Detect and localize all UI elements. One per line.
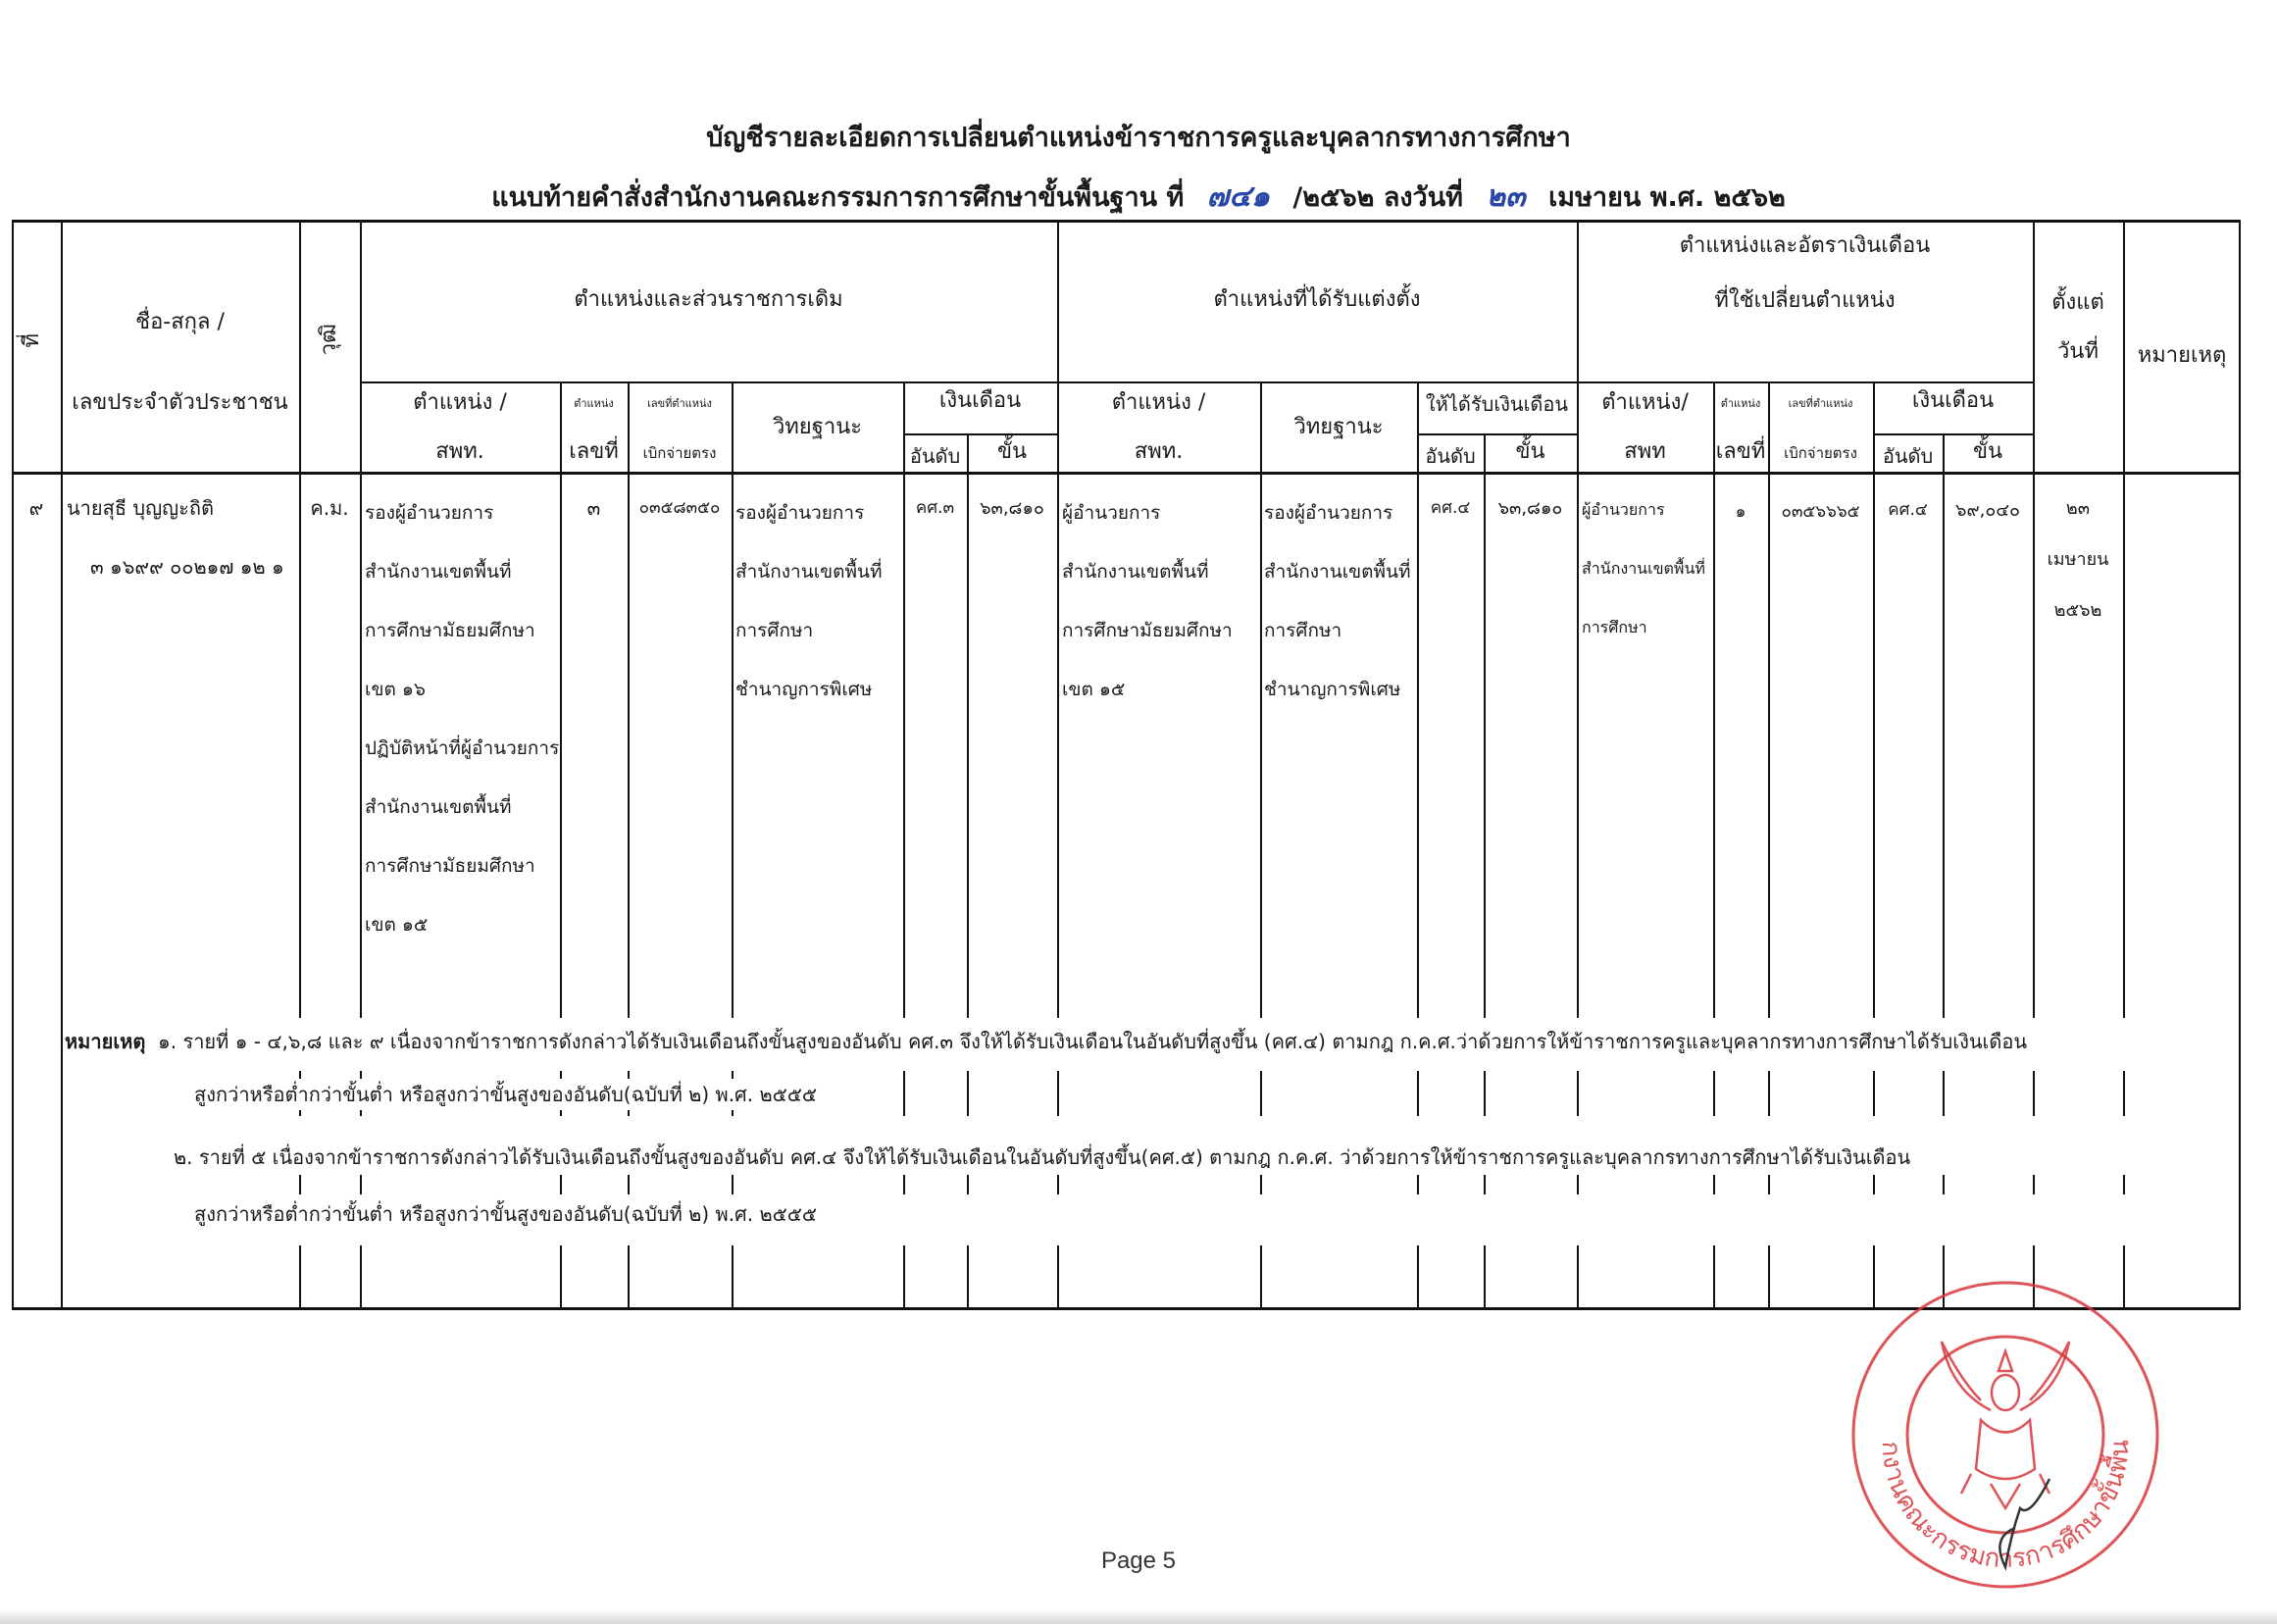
- subtitle-mid: /๒๕๖๒ ลงวันที่: [1292, 182, 1463, 213]
- sub-position-no-top: ตำแหน่ง: [560, 398, 628, 409]
- row-change-rank: คศ.๔: [1873, 502, 1943, 519]
- header-appointed-group: ตำแหน่งที่ได้รับแต่งตั้ง: [1057, 289, 1577, 311]
- row-appointed-rank: คศ.๔: [1417, 500, 1484, 517]
- grid-line: [1768, 1175, 1770, 1194]
- cell-line: ชำนาญการพิเศษ: [735, 675, 872, 704]
- grid-line: [2033, 1175, 2035, 1194]
- grid-line: [360, 381, 2033, 383]
- sub-position-line1: ตำแหน่ง /: [360, 392, 560, 414]
- note-2-text: ๒. รายที่ ๕ เนื่องจากข้าราชการดังกล่าวได…: [172, 1142, 1912, 1173]
- grid-line: [732, 472, 734, 1018]
- sub-change-position-no-bottom: เลขที่: [1713, 441, 1768, 463]
- grid-line: [1260, 1175, 1262, 1194]
- grid-line: [360, 1175, 362, 1194]
- grid-line: [1768, 1245, 1770, 1307]
- cell-line: สำนักงานเขตพื้นที่: [735, 557, 883, 586]
- grid-line: [1873, 1071, 1875, 1116]
- grid-line: [1484, 1245, 1486, 1307]
- document-title: บัญชีรายละเอียดการเปลี่ยนตำแหน่งข้าราชกา…: [0, 116, 2277, 158]
- grid-line: [967, 472, 969, 1018]
- grid-line: [299, 1175, 301, 1194]
- sub-pay-no-bottom: เบิกจ่ายตรง: [628, 446, 732, 461]
- sub-appointed-standing: วิทยฐานะ: [1260, 417, 1417, 438]
- header-name-line2: เลขประจำตัวประชาชน: [61, 392, 299, 414]
- row-name: นายสุธี บุญญะถิติ: [67, 498, 214, 518]
- cell-line: สำนักงานเขตพื้นที่: [1582, 557, 1705, 582]
- grid-line: [1943, 472, 1945, 1018]
- cell-line: ผู้อำนวยการ: [1062, 498, 1160, 528]
- grid-line: [1260, 472, 1262, 1018]
- grid-line: [628, 1245, 630, 1307]
- scan-edge-shadow: [0, 1608, 2277, 1624]
- row-degree: ค.ม.: [299, 498, 360, 518]
- sub-position-no-bottom: เลขที่: [560, 441, 628, 463]
- grid-line: [1417, 1071, 1419, 1116]
- sub-change-position-line2: สพท: [1577, 441, 1713, 463]
- grid-line: [1713, 1175, 1715, 1194]
- grid-line: [967, 1071, 969, 1116]
- grid-line: [1417, 1245, 1419, 1307]
- grid-line: [1057, 472, 1059, 1018]
- grid-line: [1873, 472, 1875, 1018]
- sub-change-pay-no-bottom: เบิกจ่ายตรง: [1768, 446, 1873, 461]
- header-change-group-line1: ตำแหน่งและอัตราเงินเดือน: [1577, 235, 2033, 257]
- grid-line: [1943, 1071, 1945, 1116]
- header-original-group: ตำแหน่งและส่วนราชการเดิม: [360, 289, 1057, 311]
- grid-line: [1713, 1245, 1715, 1307]
- grid-line: [903, 1245, 905, 1307]
- row-change-position-no: ๑: [1713, 504, 1768, 521]
- grid-line: [1057, 1071, 1059, 1116]
- row-citizen-id: ๓ ๑๖๙๙ ๐๐๒๑๗ ๑๒ ๑: [90, 557, 284, 577]
- sub-pay-no-top: เลขที่ตำแหน่ง: [628, 398, 732, 409]
- date-day-handwritten: ๒๓: [1472, 179, 1539, 214]
- cell-line: รองผู้อำนวยการ: [365, 498, 493, 528]
- grid-line: [967, 1175, 969, 1194]
- header-effective-line1: ตั้งแต่: [2033, 292, 2123, 314]
- grid-line: [628, 1175, 630, 1194]
- grid-line: [732, 1245, 734, 1307]
- sub-position-line2: สพท.: [360, 441, 560, 463]
- sub-change-rank: อันดับ: [1873, 446, 1943, 466]
- grid-line: [12, 472, 2241, 475]
- grid-line: [2033, 1071, 2035, 1116]
- header-degree: วุฒิ: [319, 324, 340, 355]
- grid-line: [903, 1071, 905, 1116]
- cell-line: เขต ๑๕: [365, 910, 428, 939]
- sub-receive-salary: ให้ได้รับเงินเดือน: [1417, 394, 1577, 414]
- grid-line: [967, 1245, 969, 1307]
- sub-step: ขั้น: [967, 441, 1057, 463]
- subtitle-suffix: เมษายน พ.ศ. ๒๕๖๒: [1548, 182, 1786, 213]
- grid-line: [1417, 472, 1419, 1018]
- grid-line: [1873, 1175, 1875, 1194]
- sub-change-pay-no-top: เลขที่ตำแหน่ง: [1768, 398, 1873, 409]
- cell-line: ผู้อำนวยการ: [1582, 498, 1665, 523]
- effective-date-line: เมษายน: [2033, 551, 2123, 569]
- header-name-line1: ชื่อ-สกุล /: [61, 312, 299, 333]
- grid-line: [61, 220, 63, 1307]
- sub-change-salary: เงินเดือน: [1873, 390, 2033, 412]
- row-change-step: ๖๙,๐๔๐: [1943, 502, 2033, 520]
- sub-appointed-position-line2: สพท.: [1057, 441, 1260, 463]
- cell-line: การศึกษามัธยมศึกษา: [365, 616, 535, 645]
- note-1-text: ๑. รายที่ ๑ - ๔,๖,๘ และ ๙ เนื่องจากข้ารา…: [158, 1030, 2027, 1053]
- header-remarks: หมายเหตุ: [2123, 345, 2241, 367]
- document-subtitle: แนบท้ายคำสั่งสำนักงานคณะกรรมการการศึกษาข…: [0, 174, 2277, 220]
- sub-change-position-no-top: ตำแหน่ง: [1713, 398, 1768, 409]
- subtitle-prefix: แนบท้ายคำสั่งสำนักงานคณะกรรมการการศึกษาข…: [491, 182, 1184, 213]
- grid-line: [1417, 433, 1577, 435]
- cell-line: สำนักงานเขตพื้นที่: [365, 557, 512, 586]
- grid-line: [903, 433, 1057, 435]
- header-no: ที่: [22, 333, 43, 348]
- grid-line: [560, 472, 562, 1018]
- sub-appointed-rank: อันดับ: [1417, 446, 1484, 466]
- grid-line: [299, 472, 301, 1018]
- grid-line: [1713, 1071, 1715, 1116]
- row-no: ๙: [12, 498, 61, 518]
- grid-line: [2123, 1175, 2125, 1194]
- notes-label: หมายเหตุ: [65, 1030, 145, 1053]
- grid-line: [1057, 1245, 1059, 1307]
- cell-line: สำนักงานเขตพื้นที่: [1264, 557, 1411, 586]
- grid-line: [2239, 220, 2241, 1310]
- sub-appointed-step: ขั้น: [1484, 441, 1577, 463]
- grid-line: [360, 472, 362, 1018]
- cell-line: รองผู้อำนวยการ: [735, 498, 864, 528]
- grid-line: [1577, 1175, 1579, 1194]
- sub-rank: อันดับ: [903, 446, 967, 466]
- row-change-pay-no: ๐๓๕๖๖๖๕: [1768, 504, 1873, 521]
- grid-line: [1873, 433, 2033, 435]
- grid-line: [1484, 1071, 1486, 1116]
- grid-line: [1768, 472, 1770, 1018]
- row-appointed-step: ๖๓,๘๑๐: [1484, 500, 1577, 518]
- row-original-pay-no: ๐๓๕๘๓๕๐: [628, 500, 732, 517]
- grid-line: [2123, 472, 2125, 1018]
- grid-line: [1260, 1071, 1262, 1116]
- effective-date-line: ๒๕๖๒: [2033, 602, 2123, 620]
- grid-line: [1057, 220, 1059, 472]
- sub-change-position-line1: ตำแหน่ง/: [1577, 392, 1713, 414]
- grid-line: [1768, 1071, 1770, 1116]
- grid-line: [628, 472, 630, 1018]
- grid-line: [1577, 220, 1579, 472]
- grid-line: [360, 1245, 362, 1307]
- sub-salary: เงินเดือน: [903, 390, 1057, 412]
- sub-change-step: ขั้น: [1943, 441, 2033, 463]
- cell-line: การศึกษามัธยมศึกษา: [1062, 616, 1233, 645]
- grid-line: [1260, 1245, 1262, 1307]
- cell-line: เขต ๑๕: [1062, 675, 1125, 704]
- grid-line: [1484, 1175, 1486, 1194]
- grid-line: [1417, 1175, 1419, 1194]
- cell-line: สำนักงานเขตพื้นที่: [365, 792, 512, 822]
- cell-line: การศึกษามัธยมศึกษา: [365, 851, 535, 881]
- row-original-position-no: ๓: [560, 498, 628, 518]
- grid-line: [560, 1245, 562, 1307]
- grid-line: [12, 220, 14, 1310]
- grid-line: [1943, 1175, 1945, 1194]
- row-original-step: ๖๓,๘๑๐: [967, 500, 1057, 518]
- row-original-rank: คศ.๓: [903, 500, 967, 517]
- grid-line: [299, 220, 301, 472]
- grid-line: [732, 1175, 734, 1194]
- grid-line: [299, 1245, 301, 1307]
- header-effective-line2: วันที่: [2033, 341, 2123, 363]
- cell-line: สำนักงานเขตพื้นที่: [1062, 557, 1209, 586]
- grid-line: [360, 220, 362, 472]
- cell-line: ปฏิบัติหน้าที่ผู้อำนวยการ: [365, 734, 559, 763]
- effective-date-line: ๒๓: [2033, 500, 2123, 518]
- grid-line: [1484, 472, 1486, 1018]
- grid-line: [1713, 472, 1715, 1018]
- grid-line: [1577, 472, 1579, 1018]
- page-number: Page 5: [0, 1548, 2277, 1575]
- cell-line: การศึกษา: [1264, 616, 1341, 645]
- cell-line: รองผู้อำนวยการ: [1264, 498, 1392, 528]
- sub-academic-standing: วิทยฐานะ: [732, 417, 903, 438]
- grid-line: [1577, 1245, 1579, 1307]
- header-change-group-line2: ที่ใช้เปลี่ยนตำแหน่ง: [1577, 290, 2033, 312]
- cell-line: เขต ๑๖: [365, 675, 426, 704]
- note-1-continuation: สูงกว่าหรือต่ำกว่าขั้นต่ำ หรือสูงกว่าขั้…: [192, 1079, 819, 1110]
- cell-line: การศึกษา: [1582, 616, 1647, 640]
- order-number-handwritten: ๗๔๑: [1193, 179, 1284, 214]
- grid-line: [1057, 1175, 1059, 1194]
- note-2-continuation: สูงกว่าหรือต่ำกว่าขั้นต่ำ หรือสูงกว่าขั้…: [192, 1198, 819, 1230]
- notes-line-1: หมายเหตุ ๑. รายที่ ๑ - ๔,๖,๘ และ ๙ เนื่อ…: [63, 1026, 2029, 1057]
- grid-line: [12, 220, 2241, 223]
- grid-line: [2123, 1071, 2125, 1116]
- cell-line: ชำนาญการพิเศษ: [1264, 675, 1400, 704]
- grid-line: [903, 472, 905, 1018]
- sub-appointed-position-line1: ตำแหน่ง /: [1057, 392, 1260, 414]
- grid-line: [1577, 1071, 1579, 1116]
- grid-line: [560, 1175, 562, 1194]
- grid-line: [903, 1175, 905, 1194]
- cell-line: การศึกษา: [735, 616, 813, 645]
